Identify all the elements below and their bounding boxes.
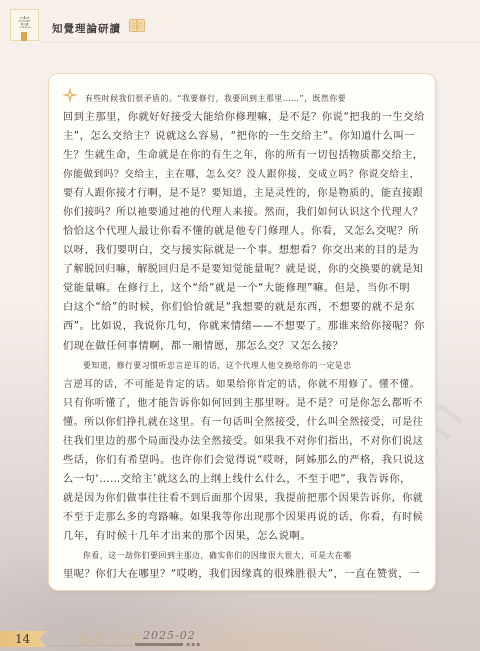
- section-title: 知覺理論研讀: [52, 21, 121, 36]
- text-line: 里呢？你们大在哪里？“哎哟，我们因缘真的很殊胜很大”，一直在赞赏，一: [63, 568, 423, 582]
- text-line: 懂。所以你们挣扎就在这里。有一句话叫全然接受，什么叫全然接受，可是往: [63, 416, 423, 430]
- article-card: 有些时候我们很矛盾的。“我要修行，我要回到主那里……”，既然你要回到主那里，你就…: [49, 74, 435, 590]
- chapter-badge-char: 壹: [11, 12, 38, 31]
- text-line: 只有你听懂了，他才能告诉你如何回到主那里呀。是不是？可是你怎么都听不: [63, 397, 423, 411]
- text-line: 么一句‘……交给主’就这么的上纲上线什么什么，不至于吧”，我告诉你，: [63, 473, 423, 487]
- book-icon: [129, 19, 145, 32]
- page-number: 14: [15, 632, 30, 646]
- text-line: 几年，有时候十几年才出来的那个因果，怎么说啊。: [63, 530, 423, 544]
- text-line: 觉能量嘛。在修行上，这个“给”就是一个“大能修理”嘛。但是，当你不明: [63, 282, 423, 296]
- text-line: 言逆耳的话，不可能是肯定的话。如果给你肯定的话，你就不用修了。懂不懂。: [63, 378, 423, 392]
- text-line: 了解脱回归嘛，解脱回归是不是要知觉能量呢？就是说，你的交换要的就是知: [63, 263, 423, 277]
- text-line: 要知道，修行要习惯听忠言逆耳的话，这个代理人他交换给你的一定是忠: [63, 359, 443, 373]
- chapter-badge: 壹: [10, 9, 39, 41]
- text-line: 白这个“给”的时候，你们恰恰就是“我想要的就是东西，不想要的就不是东: [63, 301, 423, 315]
- text-line: 西”。比如说，我说你几句，你就来情绪——不想要了。那谁来给你接呢？你: [63, 320, 423, 334]
- text-line: 你看，这一劫你们要回到主那边，确实你们的因缘很大很大，可是大在哪: [63, 549, 443, 563]
- footer-dots: ▪▪▪: [186, 641, 201, 648]
- footer-rule: [47, 645, 133, 646]
- text-line: 回到主那里，你就好好接受大能给你修理嘛，是不是？你说“把我的一生交给: [63, 111, 423, 125]
- text-line: 你能做到吗？交给主，主在哪，怎么交？没人跟你接，交成立吗？你说交给主，: [63, 168, 423, 182]
- text-line: 往我们里边的那个局面没办法全然接受。如果我不对你们指出，不对你们说这: [63, 435, 423, 449]
- text-line: 你们接吗？所以祂要通过祂的代理人来接。然而，我们如何认识这个代理人？: [63, 206, 423, 220]
- badge-tab: [21, 32, 27, 41]
- page-header: 壹 知覺理論研讀: [0, 0, 480, 44]
- text-line: 以呀，我们要明白，交与接实际就是一个事。想想看？你交出来的目的是为: [63, 244, 423, 258]
- text-line: 们现在做任何事情啊，都一厢情愿，那怎么交？又怎么接？: [63, 340, 423, 354]
- text-line: 些话，你们有希望吗。也许你们会觉得说“哎呀，阿姊那么的严格，我只说这: [63, 454, 423, 468]
- text-line: 要有人跟你接才行啊，是不是？要知道，主是灵性的，你是物质的，能直接跟: [63, 187, 423, 201]
- footer-bar: [135, 643, 183, 646]
- header-divider: [40, 42, 480, 43]
- text-line: 有些时候我们很矛盾的。“我要修行，我要回到主那里……”，既然你要: [63, 92, 445, 106]
- text-line: 恰恰这个代理人最让你看不懂的就是他专门修理人。你看，又怎么交呢？所: [63, 225, 423, 239]
- text-line: 就是因为你们做事往往看不到后面那个因果，我提前把那个因果告诉你，你就: [63, 492, 423, 506]
- text-line: 不至于走那么多的弯路嘛。如果我等你出现那个因果再说的话，你看，有时候: [63, 511, 423, 525]
- text-line: 主”，怎么交给主？说就这么容易，“把你的一生交给主”。你知道什么叫一: [63, 130, 423, 144]
- text-line: 生？生就生命，生命就是在你的有生之年，你的所有一切包括物质都交给主，: [63, 149, 423, 163]
